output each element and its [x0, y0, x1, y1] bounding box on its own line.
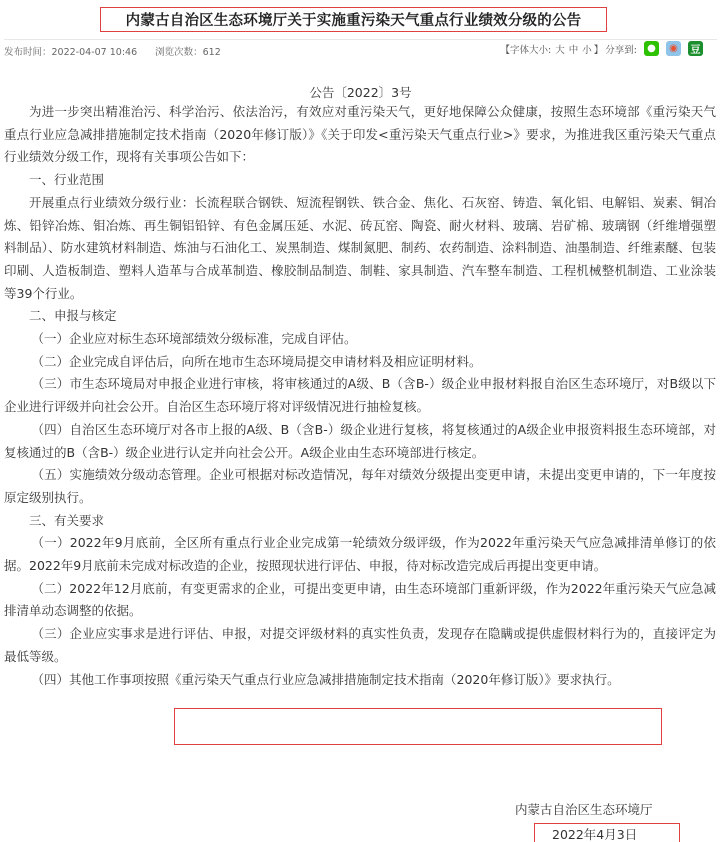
font-size-label: 【字体大小:: [501, 42, 552, 56]
douban-icon[interactable]: 豆: [688, 41, 703, 56]
section-heading: 一、行业范围: [4, 169, 716, 192]
paragraph: （二）2022年12月底前，有变更需求的企业，可提出变更申请，由生态环境部门重新…: [4, 578, 716, 623]
font-size-suffix: 】: [594, 42, 604, 56]
paragraph: （二）企业完成自评估后，向所在地市生态环境局提交申请材料及相应证明材料。: [4, 351, 716, 374]
signature-date: 2022年4月3日: [552, 825, 637, 842]
title-highlight-box: 内蒙古自治区生态环境厅关于实施重污染天气重点行业绩效分级的公告: [100, 7, 607, 32]
publish-time: 发布时间：2022-04-07 10:46: [4, 44, 137, 58]
paragraph: （四）其他工作事项按照《重污染天气重点行业应急减排措施制定技术指南（2020年修…: [4, 669, 716, 692]
article-body: 为进一步突出精准治污、科学治污、依法治污，有效应对重污染天气，更好地保障公众健康…: [4, 101, 716, 691]
section-heading: 二、申报与核定: [4, 305, 716, 328]
view-count: 浏览次数：612: [155, 44, 221, 58]
weibo-icon[interactable]: ◉: [666, 41, 681, 56]
header-divider: [4, 39, 717, 40]
document-number: 公告〔2022〕3号: [0, 83, 721, 101]
article-meta: 发布时间：2022-04-07 10:46 浏览次数：612: [4, 44, 221, 58]
paragraph: （三）企业应实事求是进行评估、申报，对提交评级材料的真实性负责，发现存在隐瞒或提…: [4, 623, 716, 668]
font-size-large-link[interactable]: 大: [555, 42, 565, 56]
article-tools: 【字体大小: 大 中 小 】 分享到: ● ◉ 豆: [501, 41, 705, 56]
paragraph: （五）实施绩效分级动态管理。企业可根据对标改造情况，每年对绩效分级提出变更申请，…: [4, 464, 716, 509]
paragraph: （一）2022年9月底前，全区所有重点行业企业完成第一轮绩效分级评级，作为202…: [4, 532, 716, 577]
font-size-small-link[interactable]: 小: [582, 42, 592, 56]
paragraph: （一）企业应对标生态环境部绩效分级标准，完成自评估。: [4, 328, 716, 351]
wechat-icon[interactable]: ●: [644, 41, 659, 56]
section-heading: 三、有关要求: [4, 510, 716, 533]
paragraph: （四）自治区生态环境厅对各市上报的A级、B（含B-）级企业进行复核，将复核通过的…: [4, 419, 716, 464]
paragraph: （三）市生态环境局对申报企业进行审核，将审核通过的A级、B（含B-）级企业申报材…: [4, 373, 716, 418]
intro-paragraph: 为进一步突出精准治污、科学治污、依法治污，有效应对重污染天气，更好地保障公众健康…: [4, 101, 716, 169]
paragraph: 开展重点行业绩效分级行业：长流程联合钢铁、短流程钢铁、铁合金、焦化、石灰窑、铸造…: [4, 192, 716, 306]
font-size-medium-link[interactable]: 中: [569, 42, 579, 56]
share-label: 分享到:: [605, 42, 637, 56]
signature-org: 内蒙古自治区生态环境厅: [515, 800, 653, 818]
page-title: 内蒙古自治区生态环境厅关于实施重污染天气重点行业绩效分级的公告: [126, 9, 582, 30]
guideline-highlight-box: [174, 708, 662, 745]
